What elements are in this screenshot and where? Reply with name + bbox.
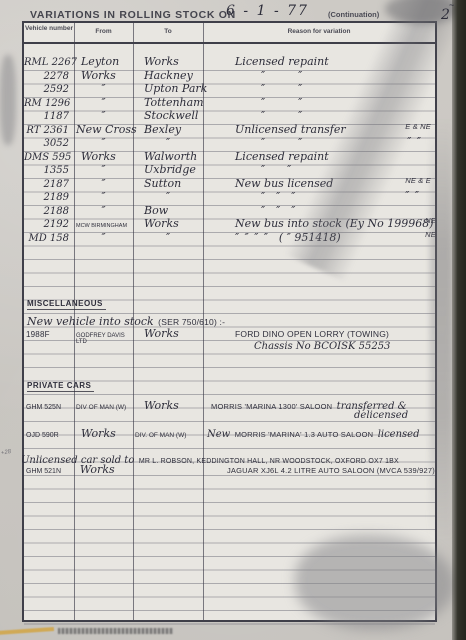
highlighter-mark bbox=[0, 627, 54, 635]
from-cell: ″ bbox=[74, 109, 133, 122]
reason-suffix-script: licensed bbox=[378, 429, 420, 440]
from-cell: ″ bbox=[74, 231, 133, 244]
vehicle-number: 2278 bbox=[24, 71, 74, 82]
reason-cell: ″ ″ bbox=[203, 163, 435, 176]
reason-cell: ″ ″ bbox=[203, 69, 435, 82]
to-cell: ″ bbox=[133, 231, 203, 244]
table-row: 2188 ″ Bow ″ ″ ″ bbox=[24, 204, 435, 218]
to-cell: DIV. OF MAN (W) bbox=[133, 432, 203, 439]
vehicle-number: OJD 590R bbox=[24, 432, 74, 439]
reason-cell: Licensed repaint bbox=[203, 55, 435, 68]
from-cell: ″ bbox=[74, 136, 133, 149]
vehicle-number: RT 2361 bbox=[24, 125, 74, 136]
to-cell: Sutton bbox=[133, 177, 203, 190]
from-cell: ″ bbox=[74, 204, 133, 217]
vehicle-number: GHM 521N bbox=[24, 468, 73, 475]
to-cell: Hackney bbox=[133, 69, 203, 82]
to-cell: Tottenham bbox=[133, 96, 203, 109]
to-cell: Works bbox=[133, 327, 203, 340]
from-cell: ″ bbox=[74, 163, 133, 176]
table-row: GHM 521N Works JAGUAR XJ6L 4.2 LITRE AUT… bbox=[24, 463, 435, 477]
to-cell: ″ bbox=[133, 190, 203, 203]
vehicle-number: GHM 525N bbox=[24, 404, 74, 411]
vehicle-number: 2189 bbox=[24, 192, 74, 203]
to-cell: Bexley bbox=[133, 123, 203, 136]
reason-text: ″ ″ ″ ″ ( ″ 951418) bbox=[235, 231, 341, 244]
reason-text: ″ ″ bbox=[261, 136, 302, 149]
column-header-from: From bbox=[74, 28, 133, 35]
column-header-vehicle: Vehicle number bbox=[24, 25, 74, 32]
vehicle-number: 2188 bbox=[24, 206, 74, 217]
table-row: RT 2361 New Cross Bexley Unlicensed tran… bbox=[24, 123, 435, 137]
to-cell: ″ bbox=[133, 136, 203, 149]
column-header-to: To bbox=[133, 28, 203, 35]
form-footer-print-illegible bbox=[58, 628, 173, 634]
to-cell: Uxbridge bbox=[133, 163, 203, 176]
table-row: 1355 ″ Uxbridge ″ ″ bbox=[24, 163, 435, 177]
reason-cell: Licensed repaint bbox=[203, 150, 435, 163]
reason-cell: Unlicensed transferE & NE bbox=[203, 123, 435, 136]
allocation-code: NE & E bbox=[405, 176, 431, 185]
reason-text: New bus licensed bbox=[235, 177, 333, 190]
vehicle-number: 3052 bbox=[24, 138, 74, 149]
chassis-number-line: Chassis No BCOISK 55253 bbox=[254, 341, 390, 352]
reason-cell: FORD DINO OPEN LORRY (TOWING) bbox=[203, 329, 435, 339]
table-row: MD 158 ″ ″ ″ ″ ″ ″ ( ″ 951418)NE bbox=[24, 231, 435, 245]
from-cell: ″ bbox=[74, 190, 133, 203]
table-row: 2278 Works Hackney ″ ″ bbox=[24, 69, 435, 83]
table-row: 2189 ″ ″ ″ ″ ″″ ″ bbox=[24, 190, 435, 204]
table-row: 3052 ″ ″ ″ ″″ ″ bbox=[24, 136, 435, 150]
from-cell: Works bbox=[74, 150, 133, 163]
allocation-code: NE bbox=[425, 216, 436, 225]
table-row: RM 1296 ″ Tottenham ″ ″ bbox=[24, 96, 435, 110]
from-cell: ″ bbox=[74, 96, 133, 109]
reason-text: ″ ″ ″ bbox=[261, 190, 295, 203]
page-number: 2 bbox=[441, 7, 450, 23]
from-cell: Works bbox=[73, 463, 131, 476]
to-cell: Walworth bbox=[133, 150, 203, 163]
vehicle-number: 2192 bbox=[24, 219, 74, 230]
allocation-code: ″ ″ bbox=[405, 189, 419, 202]
reason-text: New bus into stock (Ey No 199968) bbox=[235, 217, 434, 230]
reason-text: Unlicensed transfer bbox=[235, 123, 346, 136]
vehicle-number: 1355 bbox=[24, 165, 74, 176]
vehicle-number: RM 1296 bbox=[24, 98, 74, 109]
vehicle-number: 2187 bbox=[24, 179, 74, 190]
scan-stain bbox=[0, 55, 16, 145]
reason-cell: ″ ″ ″″ ″ bbox=[203, 190, 435, 203]
rolling-stock-table: Vehicle number From To Reason for variat… bbox=[22, 21, 437, 622]
reason-script: New bbox=[207, 429, 230, 440]
table-header-row: Vehicle number From To Reason for variat… bbox=[24, 23, 435, 44]
from-cell: DIV OF MAN (W) bbox=[74, 404, 133, 411]
reason-cell: New bus licensedNE & E bbox=[203, 177, 435, 190]
vehicle-number: DMS 595 bbox=[24, 152, 74, 163]
reason-cell: New MORRIS 'MARINA' 1.3 AUTO SALOON lice… bbox=[203, 424, 435, 442]
reason-cell: JAGUAR XJ6L 4.2 LITRE AUTO SALOON (MVCA … bbox=[199, 466, 435, 475]
to-cell: Upton Park bbox=[133, 82, 203, 95]
table-row: RML 2267 Leyton Works Licensed repaint bbox=[24, 55, 435, 69]
from-cell: ″ bbox=[74, 177, 133, 190]
reason-cell: ″ ″ bbox=[203, 109, 435, 122]
to-cell: Works bbox=[133, 217, 203, 230]
reason-cell: ″ ″ ″ bbox=[203, 204, 435, 217]
misc-intro-print: (SER 750/610) :- bbox=[158, 317, 225, 327]
reason-print: MORRIS 'MARINA' 1.3 AUTO SALOON bbox=[235, 430, 374, 439]
reason-cell: ″ ″ bbox=[203, 82, 435, 95]
allocation-code: E & NE bbox=[405, 122, 431, 131]
allocation-code: NE bbox=[425, 230, 436, 239]
from-cell: MCW BIRMINGHAM bbox=[74, 223, 133, 229]
scanner-edge-band bbox=[452, 0, 466, 640]
table-row: 2187 ″ Sutton New bus licensedNE & E bbox=[24, 177, 435, 191]
to-cell: Bow bbox=[133, 204, 203, 217]
to-cell: Stockwell bbox=[133, 109, 203, 122]
table-row: 2592 ″ Upton Park ″ ″ bbox=[24, 82, 435, 96]
vehicle-number: 1187 bbox=[24, 111, 74, 122]
section-heading-private-cars: PRIVATE CARS bbox=[27, 381, 94, 392]
reason-cell: New bus into stock (Ey No 199968)NE bbox=[203, 217, 435, 230]
margin-note: +28 bbox=[1, 447, 22, 457]
table-row: DMS 595 Works Walworth Licensed repaint bbox=[24, 150, 435, 164]
to-cell: Works bbox=[133, 55, 203, 68]
table-row: GHM 525N DIV OF MAN (W) Works MORRIS 'MA… bbox=[24, 396, 435, 410]
vehicle-number: RML 2267 bbox=[24, 57, 74, 68]
allocation-code: ″ ″ bbox=[407, 135, 421, 148]
table-row: 1988F GODFREY DAVIS LTD Works FORD DINO … bbox=[24, 327, 435, 341]
from-cell: Works bbox=[74, 427, 133, 440]
table-row: OJD 590R Works DIV. OF MAN (W) New MORRI… bbox=[24, 424, 435, 438]
scanned-ledger-page: VARIATIONS IN ROLLING STOCK ON 6 - 1 - 7… bbox=[0, 0, 466, 640]
reason-cell: ″ ″ ″ ″ ( ″ 951418)NE bbox=[203, 231, 435, 244]
vehicle-number: 2592 bbox=[24, 84, 74, 95]
from-cell: GODFREY DAVIS LTD bbox=[74, 333, 133, 345]
vehicle-number: MD 158 bbox=[24, 233, 74, 244]
from-cell: Works bbox=[74, 69, 133, 82]
reason-cell: ″ ″″ ″ bbox=[203, 136, 435, 149]
to-cell: Works bbox=[133, 399, 203, 412]
from-cell: Leyton bbox=[74, 55, 133, 68]
from-cell: ″ bbox=[74, 82, 133, 95]
reason-cell: ″ ″ bbox=[203, 96, 435, 109]
continuation-label: (Continuation) bbox=[328, 10, 379, 19]
reason-print: MORRIS 'MARINA 1300' SALOON bbox=[211, 402, 332, 411]
vehicle-number: 1988F bbox=[24, 330, 74, 339]
from-cell: New Cross bbox=[74, 123, 133, 136]
reason-continuation: delicensed bbox=[354, 410, 408, 421]
section-heading-miscellaneous: MISCELLANEOUS bbox=[27, 299, 106, 310]
table-row: 1187 ″ Stockwell ″ ″ bbox=[24, 109, 435, 123]
table-row: 2192 MCW BIRMINGHAM Works New bus into s… bbox=[24, 217, 435, 231]
handwritten-date: 6 - 1 - 77 bbox=[205, 3, 330, 22]
column-header-reason: Reason for variation bbox=[203, 28, 435, 35]
